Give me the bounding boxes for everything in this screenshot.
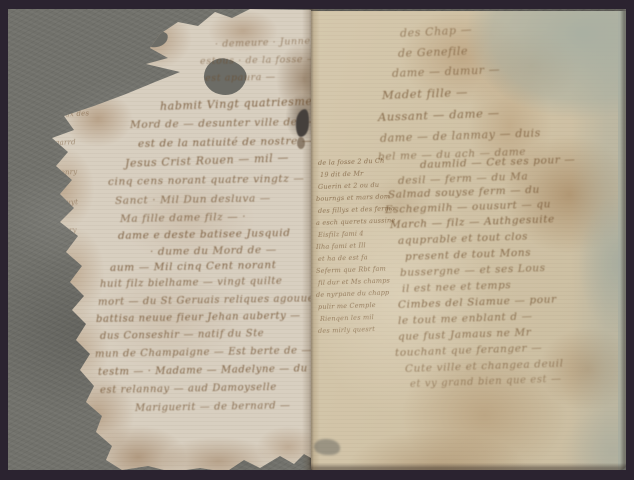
handwriting-line: aquprable et tout clos xyxy=(398,231,528,246)
right-page: des Chap —de Genefiledame — dumur —Madet… xyxy=(311,11,626,470)
handwriting-line: Aussant — dame — xyxy=(378,108,500,124)
handwriting-line: touchant que feranger — xyxy=(395,343,543,359)
handwriting-line: March — filz — Authgesuite xyxy=(390,214,555,230)
handwriting-line: testm — · Madame — Madelyne — du xyxy=(98,364,308,378)
handwriting-line: Jesus Crist Rouen — mil — xyxy=(125,152,289,169)
handwriting-line: dame e deste batisee Jusquid xyxy=(118,228,291,242)
handwriting-line: de Genefile xyxy=(398,46,468,59)
handwriting-line: battisa neuue fieur Jehan auberty — xyxy=(96,311,301,325)
handwriting-line: est relannay — aud Damoyselle xyxy=(100,383,277,396)
marginalia-line: des fillys et des ferma xyxy=(318,205,395,214)
marginalia-line: de la fosse 2 du Ch xyxy=(318,158,385,167)
handwriting-line: mort — du St Geruais reliques agouue xyxy=(98,294,314,308)
handwriting-line: huit filz bielhame — vingt quilte xyxy=(100,277,283,290)
handwriting-line: aum — Mil cinq Cent norant xyxy=(110,260,277,273)
marginalia-line: 19 dit de Mr xyxy=(320,170,364,178)
handwriting-line: et vy grand bien que est — xyxy=(410,375,562,390)
handwriting-line: le tout me enblant d — xyxy=(398,311,533,326)
handwriting-line: Madet fille — xyxy=(382,87,468,101)
stain-smudge xyxy=(314,439,340,455)
handwriting-line: est apaura — xyxy=(205,73,276,84)
marginalia-line: fil dur et Ms champs xyxy=(318,277,390,286)
marginalia-line: Rienqen les mil xyxy=(320,314,374,322)
handwriting-line: Salmad souyse ferm — du xyxy=(388,185,540,201)
handwriting-line: Sanct · Mil Dun desluva — xyxy=(115,193,271,206)
handwriting-line: il est nee et temps xyxy=(402,280,512,294)
ink-blot xyxy=(297,137,305,149)
handwriting-line: present de tout Mons xyxy=(405,248,532,263)
marginalia-line: Guerin et 2 ou du xyxy=(318,182,380,191)
handwriting-line: mun de Champaigne — Est berte de — xyxy=(95,346,312,360)
marginalia-line: Eisfilz fami 4 xyxy=(318,230,364,238)
handwriting-line: · dume du Mord de — xyxy=(150,245,277,258)
handwriting-line: Mariguerit — de bernard — xyxy=(135,401,291,414)
handwriting-line: Cimbes del Siamue — pour xyxy=(398,294,557,310)
scan-inner: des Chap —de Genefiledame — dumur —Madet… xyxy=(8,9,626,470)
handwriting-line: dus Conseshir — natif du Ste xyxy=(100,329,264,342)
marginalia-line: bourngs et mars dom xyxy=(316,193,390,202)
handwriting-line: dame — dumur — xyxy=(392,64,501,79)
handwriting-line: Cute ville et changea deuil xyxy=(405,358,564,374)
marginalia-line: Seferm que Rbt fam xyxy=(316,266,386,275)
spine-fold xyxy=(302,9,320,470)
handwriting-line: dame — de lanmay — duis xyxy=(380,127,541,144)
handwriting-line: Ma fille dame filz — · xyxy=(120,212,246,225)
handwriting-line: habmit Vingt quatriesme xyxy=(160,96,313,112)
handwriting-line: bussergne — et ses Lous xyxy=(400,263,546,279)
marginalia-line: des mirly quesrt xyxy=(318,326,375,334)
marginalia-line: de nyrpane du chapp xyxy=(316,289,390,298)
manuscript-scan: des Chap —de Genefiledame — dumur —Madet… xyxy=(0,0,634,480)
marginalia-line: a esch querets aussine xyxy=(316,217,396,226)
marginalia-line: Ilha fami et Ill xyxy=(316,242,366,250)
handwriting-line: des Chap — xyxy=(400,24,473,39)
marginalia-line: et ha de est fa xyxy=(318,254,368,262)
marginalia-line: pulir me Cemple xyxy=(318,302,376,311)
handwriting-line: est de la natiuité de nostre — xyxy=(138,136,313,150)
handwriting-line: Eschegmilh — ouusurt — qu xyxy=(385,199,551,215)
handwriting-line: Mord de — desunter ville de — xyxy=(130,117,313,131)
handwriting-line: que fust Jamaus ne Mr xyxy=(398,327,532,342)
handwriting-line: cinq cens norant quatre vingtz — xyxy=(108,174,305,188)
